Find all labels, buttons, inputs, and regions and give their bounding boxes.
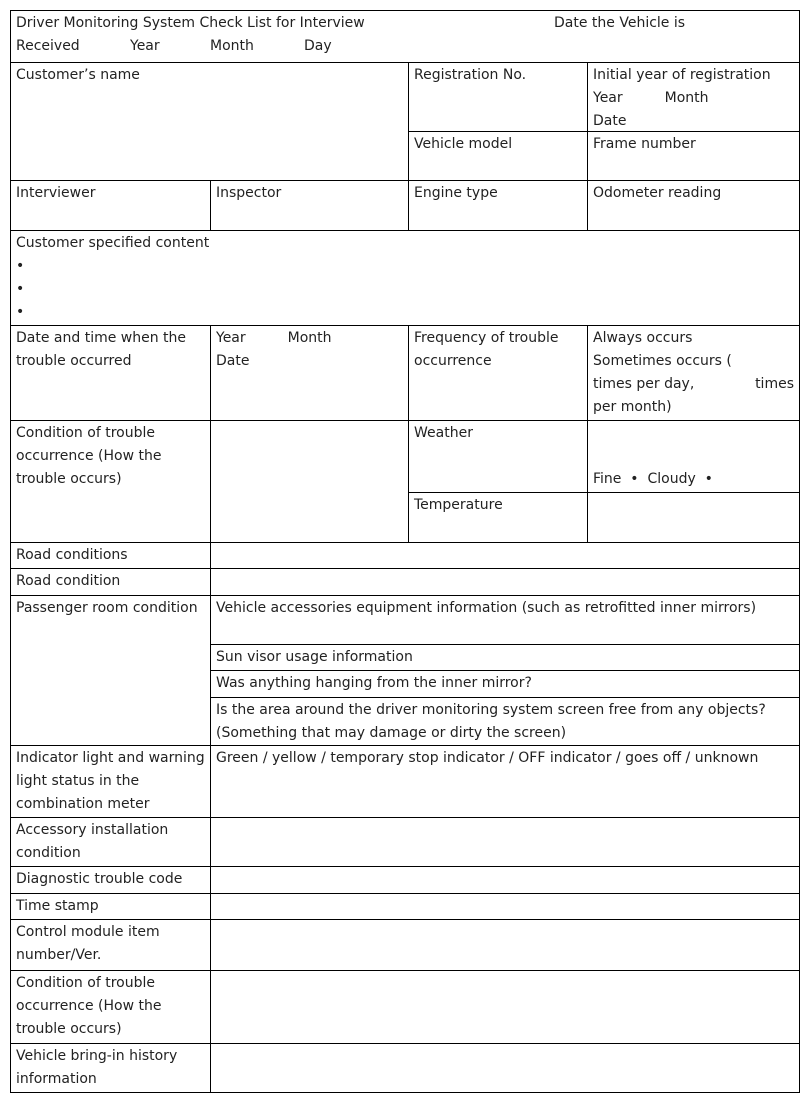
- received-year[interactable]: Year: [130, 35, 160, 58]
- received-date-label: Date the Vehicle is: [554, 12, 685, 35]
- initial-registration-field[interactable]: Initial year of registration YearMonth D…: [587, 62, 800, 132]
- initial-date: Date: [593, 110, 794, 132]
- condition-2-field[interactable]: [210, 970, 800, 1044]
- freq-sometimes-option[interactable]: Sometimes occurs (: [593, 350, 794, 373]
- condition-label: Condition of trouble occurrence (How the…: [16, 425, 161, 487]
- bring-in-history-label: Vehicle bring-in history information: [16, 1048, 177, 1087]
- road-condition-label-cell: Road condition: [10, 568, 211, 596]
- frame-number-field[interactable]: Frame number: [587, 131, 800, 181]
- passenger-item-text: Sun visor usage information: [216, 649, 413, 665]
- form-title: Driver Monitoring System Check List for …: [16, 15, 365, 31]
- indicator-field[interactable]: Green / yellow / temporary stop indicato…: [210, 745, 800, 818]
- vehicle-model-label: Vehicle model: [414, 136, 512, 152]
- odometer-label: Odometer reading: [593, 185, 721, 201]
- road-conditions-label: Road conditions: [16, 547, 128, 563]
- weather-label-cell: Weather: [408, 420, 588, 493]
- road-conditions-label-cell: Road conditions: [10, 542, 211, 569]
- dtc-label: Diagnostic trouble code: [16, 871, 182, 887]
- engine-type-label: Engine type: [414, 185, 498, 201]
- road-condition-field[interactable]: [210, 568, 800, 596]
- received-label: Received: [16, 38, 80, 54]
- road-conditions-field[interactable]: [210, 542, 800, 569]
- trouble-datetime-field[interactable]: YearMonth Date: [210, 325, 409, 421]
- frequency-label-cell: Frequency of trouble occurrence: [408, 325, 588, 421]
- passenger-item-sun-visor[interactable]: Sun visor usage information: [210, 644, 800, 671]
- control-module-label: Control module item number/Ver.: [16, 924, 160, 963]
- engine-type-field[interactable]: Engine type: [408, 180, 588, 230]
- passenger-item-text: Was anything hanging from the inner mirr…: [216, 675, 532, 691]
- initial-registration-label: Initial year of registration: [593, 64, 794, 87]
- indicator-label: Indicator light and warning light status…: [16, 750, 205, 812]
- passenger-item-accessories[interactable]: Vehicle accessories equipment informatio…: [210, 595, 800, 645]
- bullet-2: •: [16, 278, 794, 301]
- freq-always-option[interactable]: Always occurs: [593, 327, 794, 350]
- time-stamp-field[interactable]: [210, 893, 800, 920]
- trouble-year: Year: [216, 330, 246, 346]
- frequency-label: Frequency of trouble occurrence: [414, 330, 558, 369]
- weather-label: Weather: [414, 425, 473, 441]
- temperature-label-cell: Temperature: [408, 492, 588, 543]
- freq-times: times: [755, 373, 794, 396]
- weather-field[interactable]: Fine • Cloudy • Rainy • Snowy • Others (…: [587, 420, 800, 493]
- freq-per-month: per month): [593, 396, 794, 419]
- registration-no-label: Registration No.: [414, 67, 526, 83]
- time-stamp-label-cell: Time stamp: [10, 893, 211, 920]
- weather-options-1[interactable]: Fine • Cloudy •: [593, 468, 794, 491]
- passenger-item-text: Is the area around the driver monitoring…: [216, 702, 766, 741]
- temperature-field[interactable]: °C (°F) — °C (°F): [587, 492, 800, 543]
- condition-field[interactable]: [210, 420, 409, 543]
- received-day[interactable]: Day: [304, 35, 332, 58]
- passenger-item-mirror-hanging[interactable]: Was anything hanging from the inner mirr…: [210, 670, 800, 698]
- received-month[interactable]: Month: [210, 35, 254, 58]
- odometer-field[interactable]: Odometer reading: [587, 180, 800, 230]
- freq-times-per-day: times per day,: [593, 376, 694, 392]
- vehicle-model-field[interactable]: Vehicle model: [408, 131, 588, 181]
- initial-year: Year: [593, 90, 623, 106]
- indicator-label-cell: Indicator light and warning light status…: [10, 745, 211, 818]
- control-module-label-cell: Control module item number/Ver.: [10, 919, 211, 971]
- temperature-label: Temperature: [414, 497, 503, 513]
- time-stamp-label: Time stamp: [16, 898, 99, 914]
- bullet-3: •: [16, 301, 794, 324]
- condition-2-label-cell: Condition of trouble occurrence (How the…: [10, 970, 211, 1044]
- indicator-options: Green / yellow / temporary stop indicato…: [216, 750, 758, 766]
- passenger-room-label-cell: Passenger room condition: [10, 595, 211, 746]
- dtc-label-cell: Diagnostic trouble code: [10, 866, 211, 894]
- passenger-item-text: Vehicle accessories equipment informatio…: [216, 600, 756, 616]
- customer-content-field[interactable]: Customer specified content • • •: [10, 230, 800, 326]
- passenger-room-label: Passenger room condition: [16, 600, 198, 616]
- inspector-field[interactable]: Inspector: [210, 180, 409, 230]
- inspector-label: Inspector: [216, 185, 281, 201]
- condition-2-label: Condition of trouble occurrence (How the…: [16, 975, 161, 1037]
- passenger-item-screen-area[interactable]: Is the area around the driver monitoring…: [210, 697, 800, 746]
- customer-content-label: Customer specified content: [16, 232, 794, 255]
- condition-label-cell: Condition of trouble occurrence (How the…: [10, 420, 211, 543]
- trouble-month: Month: [288, 330, 332, 346]
- dtc-field[interactable]: [210, 866, 800, 894]
- trouble-datetime-label: Date and time when the trouble occurred: [16, 330, 186, 369]
- trouble-datetime-label-cell: Date and time when the trouble occurred: [10, 325, 211, 421]
- bring-in-history-label-cell: Vehicle bring-in history information: [10, 1043, 211, 1093]
- interviewer-field[interactable]: Interviewer: [10, 180, 211, 230]
- customer-name-field[interactable]: Customer’s name: [10, 62, 409, 181]
- road-condition-label: Road condition: [16, 573, 120, 589]
- trouble-date: Date: [216, 350, 404, 373]
- registration-no-field[interactable]: Registration No.: [408, 62, 588, 132]
- accessory-label: Accessory installation condition: [16, 822, 168, 861]
- control-module-field[interactable]: [210, 919, 800, 971]
- accessory-label-cell: Accessory installation condition: [10, 817, 211, 867]
- bring-in-history-field[interactable]: [210, 1043, 800, 1093]
- frequency-field[interactable]: Always occurs Sometimes occurs ( times p…: [587, 325, 800, 421]
- interviewer-label: Interviewer: [16, 185, 95, 201]
- initial-month: Month: [665, 90, 709, 106]
- bullet-1: •: [16, 255, 794, 278]
- frame-number-label: Frame number: [593, 136, 696, 152]
- customer-name-label: Customer’s name: [16, 67, 140, 83]
- form-header: Driver Monitoring System Check List for …: [10, 10, 800, 63]
- accessory-field[interactable]: [210, 817, 800, 867]
